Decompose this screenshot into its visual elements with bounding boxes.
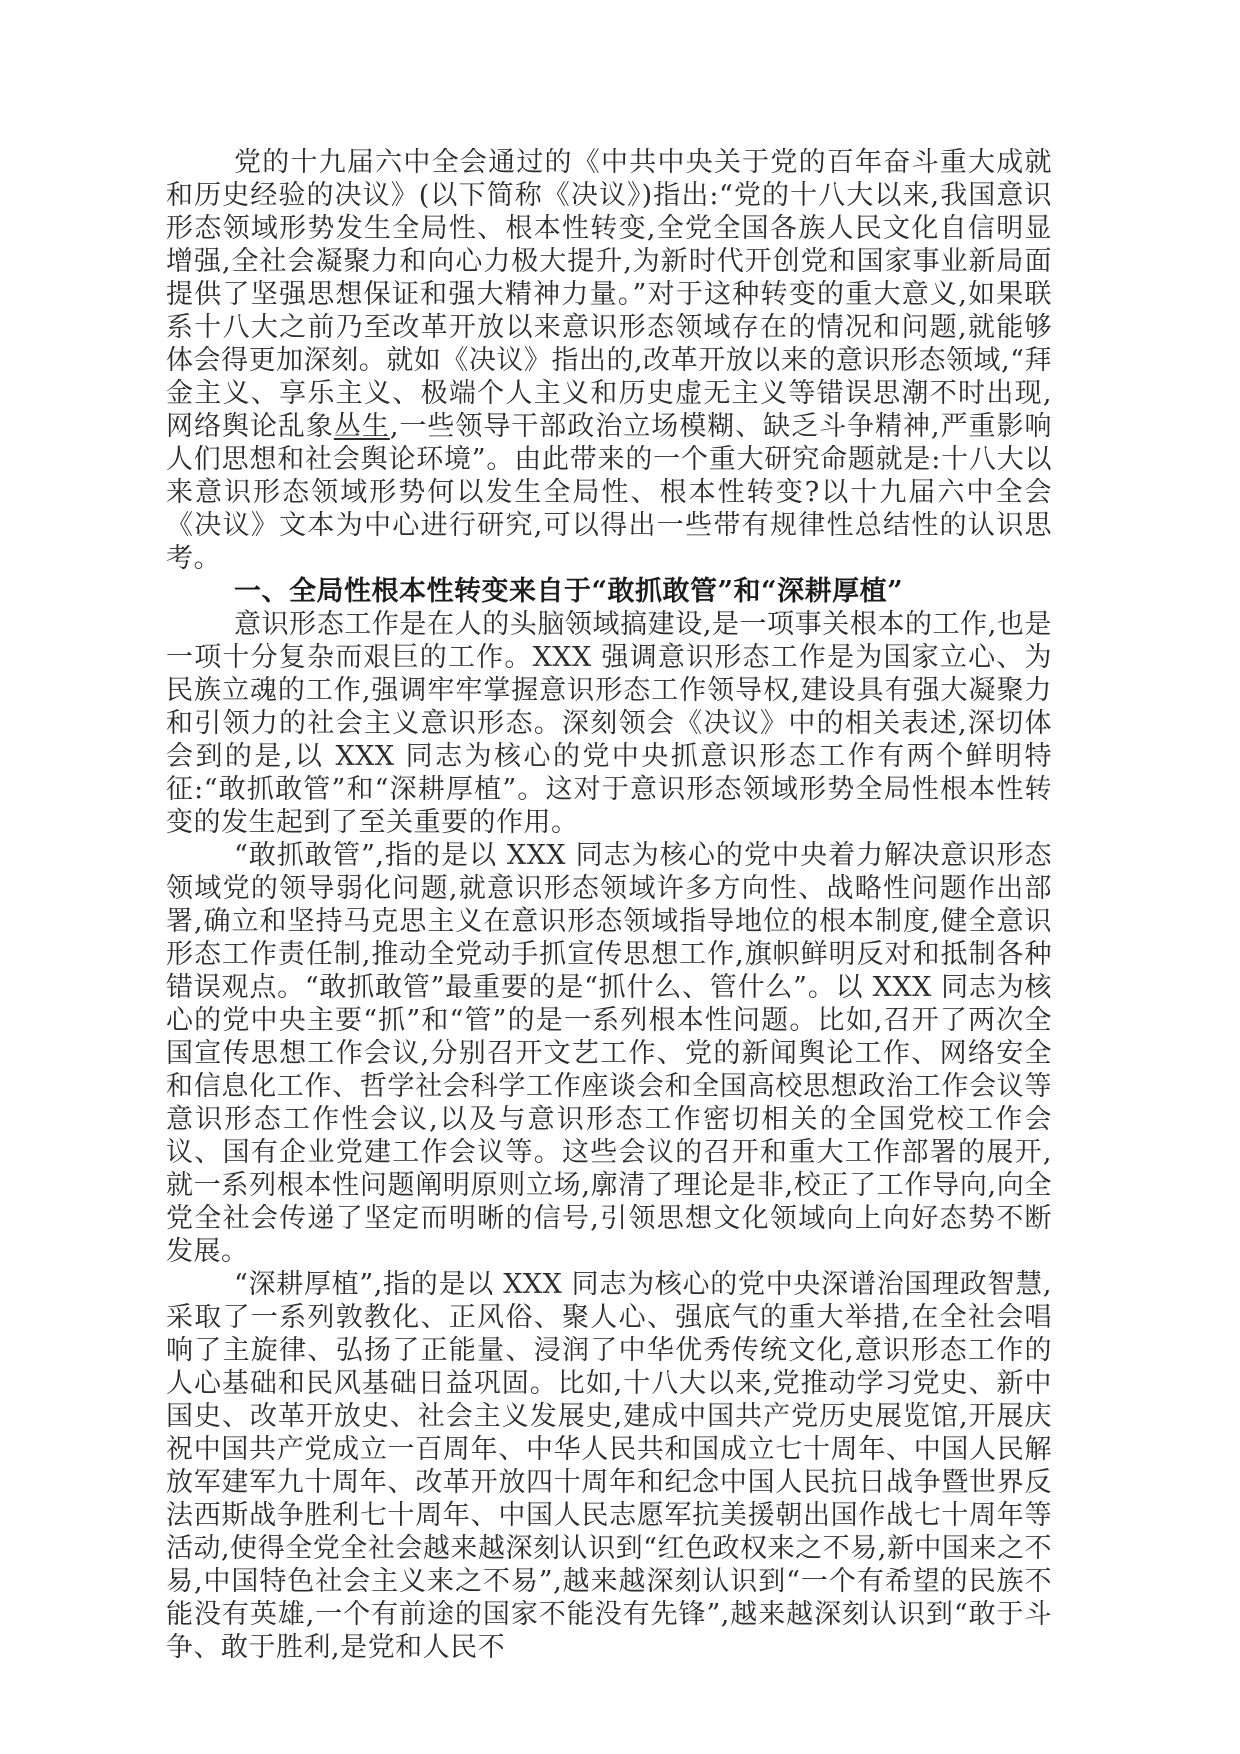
document-page: 党的十九届六中全会通过的《中共中央关于党的百年奋斗重大成就和历史经验的决议》(以… [0, 0, 1240, 1754]
paragraph-shengeng-houzhi: “深耕厚植”,指的是以 XXX 同志为核心的党中央深谱治国理政智慧,采取了一系列… [166, 1268, 1052, 1664]
paragraph-ideology-work: 意识形态工作是在人的头脑领域搞建设,是一项事关根本的工作,也是一项十分复杂而艰巨… [166, 608, 1052, 839]
section-heading-1: 一、全局性根本性转变来自于“敢抓敢管”和“深耕厚植” [166, 575, 1052, 608]
paragraph-ganzhua-ganguan: “敢抓敢管”,指的是以 XXX 同志为核心的党中央着力解决意识形态领域党的领导弱… [166, 839, 1052, 1268]
paragraph-intro-text-before: 党的十九届六中全会通过的《中共中央关于党的百年奋斗重大成就和历史经验的决议》(以… [166, 147, 1052, 442]
document-text-column: 党的十九届六中全会通过的《中共中央关于党的百年奋斗重大成就和历史经验的决议》(以… [166, 146, 1052, 1664]
paragraph-intro: 党的十九届六中全会通过的《中共中央关于党的百年奋斗重大成就和历史经验的决议》(以… [166, 146, 1052, 575]
underlined-phrase: 丛生 [334, 411, 390, 442]
